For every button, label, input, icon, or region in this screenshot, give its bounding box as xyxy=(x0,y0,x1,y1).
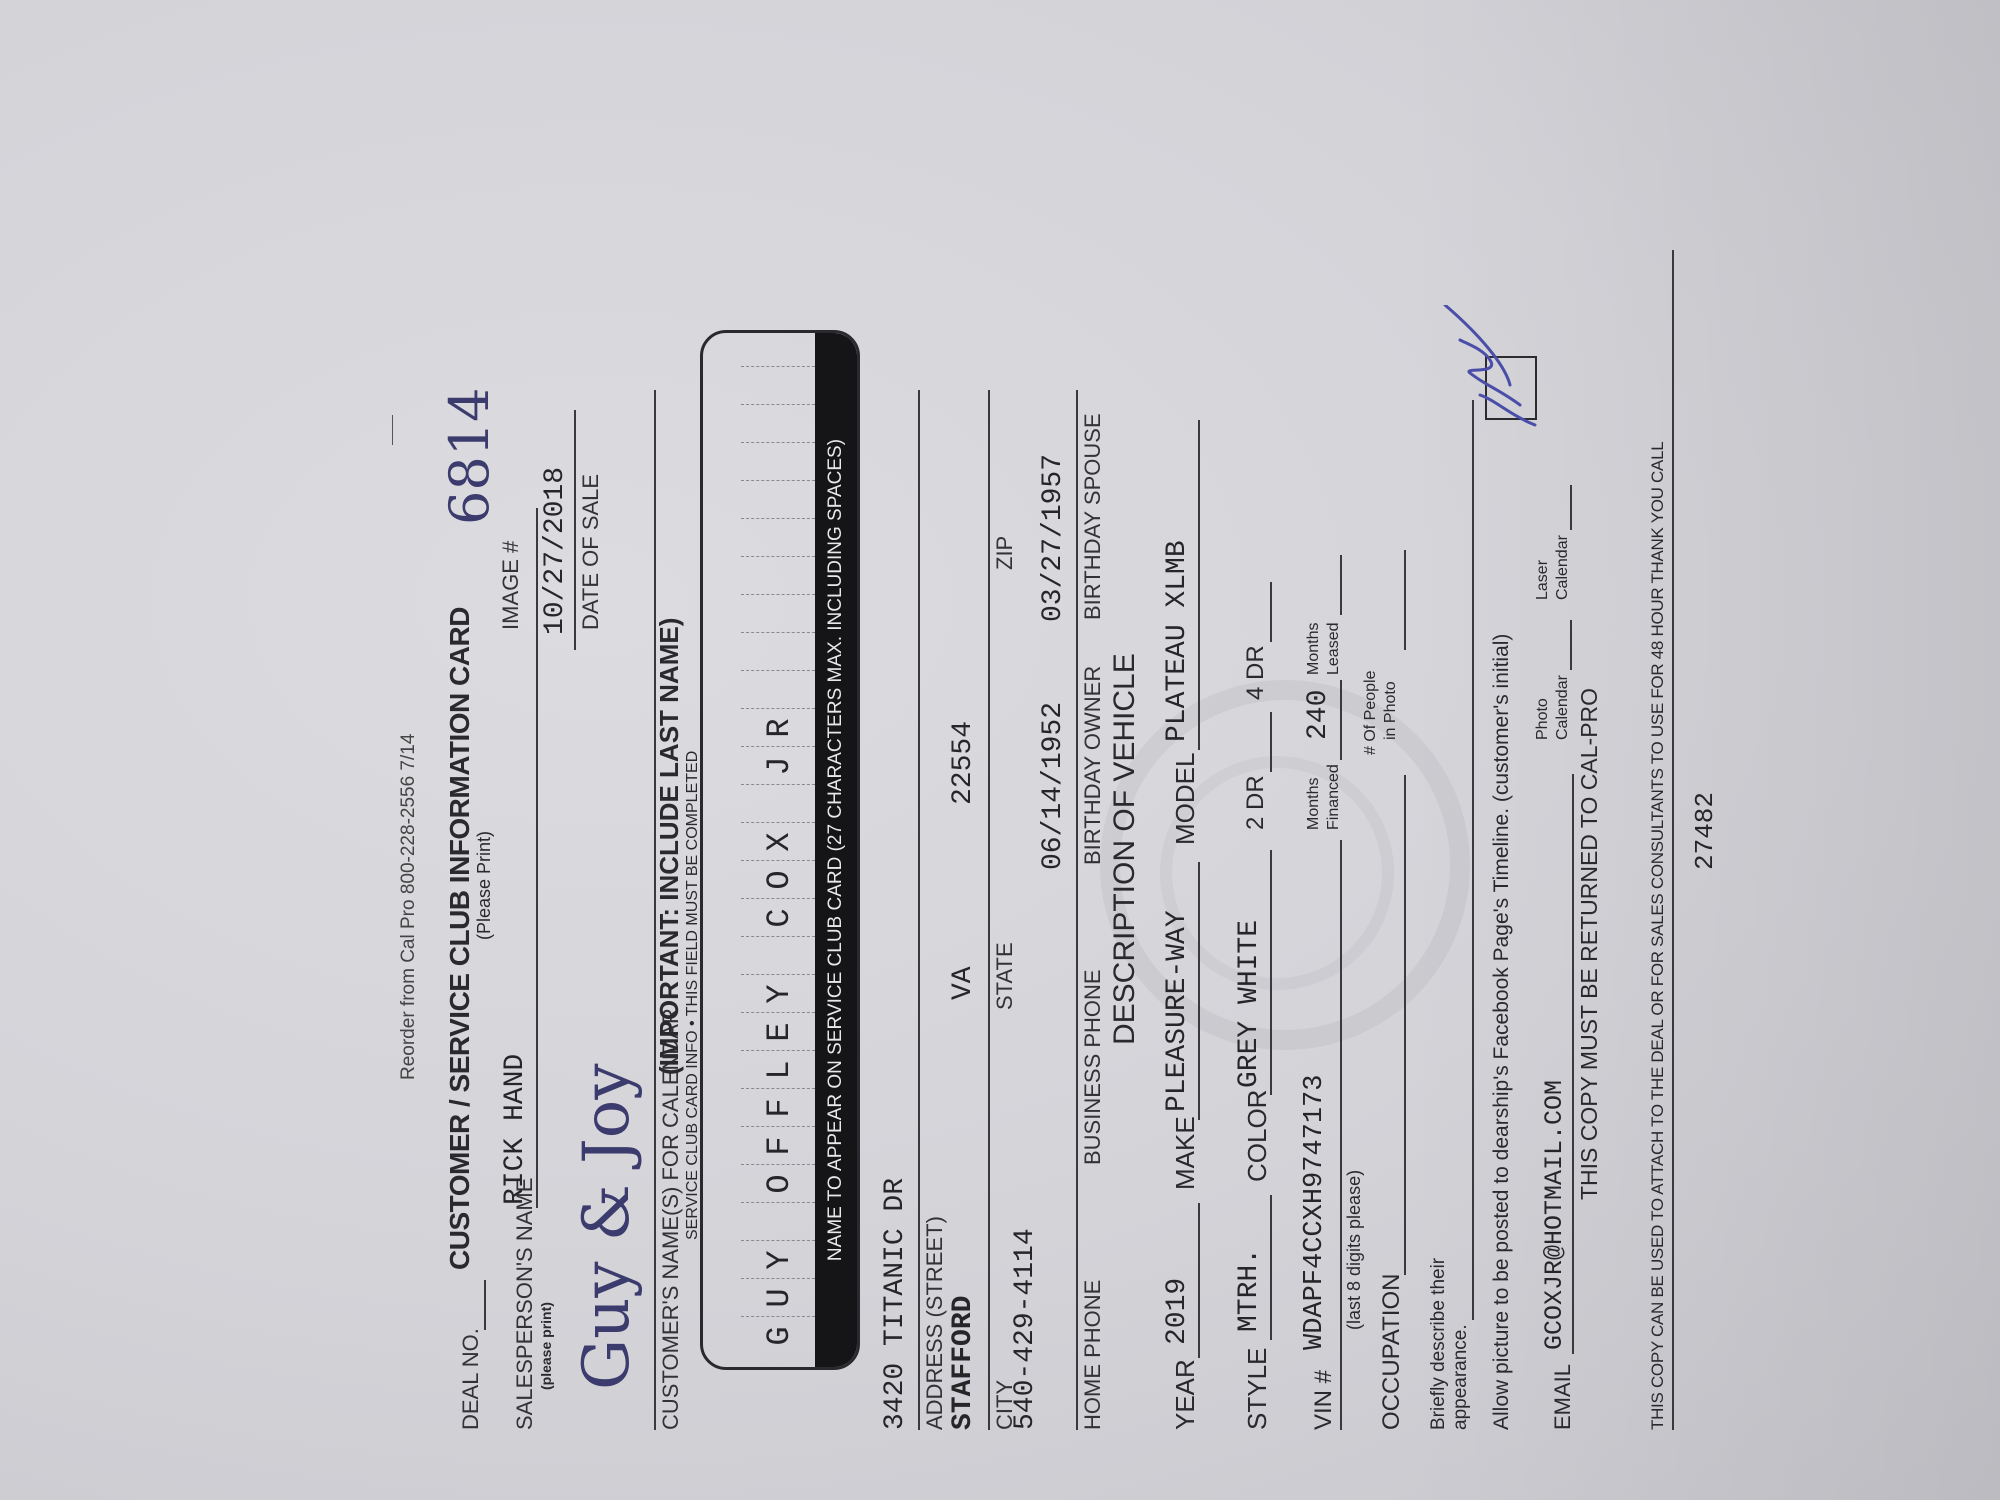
card-name-cell-divider xyxy=(741,594,815,595)
card-name-char[interactable]: G xyxy=(761,1318,798,1354)
style-label: STYLE xyxy=(1242,1348,1273,1430)
business-phone-label: BUSINESS PHONE xyxy=(1080,969,1106,1165)
photo-calendar-label-1: Photo xyxy=(1534,698,1552,740)
birthday-owner-value[interactable]: 06/14/1952 xyxy=(1038,702,1069,870)
card-name-cell-divider xyxy=(741,1050,815,1051)
email-label: EMAIL xyxy=(1550,1364,1576,1430)
months-leased-label-2: Leased xyxy=(1325,623,1343,676)
card-name-cell-divider xyxy=(741,1012,815,1013)
card-name-char[interactable]: F xyxy=(761,1090,798,1126)
two-door-label: 2 DR xyxy=(1242,775,1270,830)
card-name-cell-divider xyxy=(741,404,815,405)
color-label: COLOR xyxy=(1242,1090,1273,1182)
card-name-char[interactable]: R xyxy=(761,710,798,746)
card-name-cell-divider xyxy=(741,974,815,975)
year-value[interactable]: 2019 xyxy=(1162,1278,1193,1345)
card-name-cell-divider xyxy=(741,708,815,709)
model-label: MODEL xyxy=(1170,753,1201,845)
card-name-char[interactable]: O xyxy=(761,862,798,898)
appearance-label-2: appearance. xyxy=(1450,1324,1472,1430)
serial-number: 27482 xyxy=(1690,792,1720,870)
card-name-char[interactable]: C xyxy=(761,900,798,936)
card-name-cell-divider xyxy=(741,746,815,747)
card-name-cell-divider xyxy=(741,1164,815,1165)
months-leased-label-1: Months xyxy=(1305,623,1323,675)
card-name-cell-divider xyxy=(741,556,815,557)
vin-label: VIN # xyxy=(1310,1370,1338,1430)
card-name-char[interactable]: U xyxy=(761,1280,798,1316)
address-value[interactable]: 3420 TITANIC DR xyxy=(880,1178,911,1430)
salesperson-line xyxy=(536,508,538,1208)
service-club-information-card: Reorder from Cal Pro 800-228-2556 7/14 D… xyxy=(400,230,1700,1430)
birthday-spouse-value[interactable]: 03/27/1957 xyxy=(1038,454,1069,622)
card-name-char[interactable]: X xyxy=(761,824,798,860)
card-name-cell-divider xyxy=(741,442,815,443)
four-door-line[interactable] xyxy=(1270,582,1272,642)
card-name-cell-divider xyxy=(741,860,815,861)
model-value[interactable]: PLATEAU XLMB xyxy=(1162,540,1193,742)
photo-calendar-label-2: Calendar xyxy=(1554,675,1572,740)
card-name-cell-divider xyxy=(741,670,815,671)
card-name-cell-divider xyxy=(741,1088,815,1089)
card-name-cells[interactable]: GUYOFFLEYCOXJR xyxy=(703,333,815,1367)
vin-value[interactable]: WDAPF4CCXH9747173 xyxy=(1300,1075,1330,1350)
make-value[interactable]: PLEASURE-WAY xyxy=(1162,910,1193,1112)
laser-calendar-label-1: Laser xyxy=(1534,560,1552,600)
city-state-zip-line xyxy=(988,390,990,1430)
year-label: YEAR xyxy=(1170,1359,1201,1430)
bottom-rule xyxy=(1672,250,1674,1430)
card-name-char[interactable]: E xyxy=(761,1014,798,1050)
card-name-cell-divider xyxy=(741,518,815,519)
people-in-photo-line[interactable] xyxy=(1404,550,1406,650)
people-in-photo-label-2: in Photo xyxy=(1382,681,1400,740)
form-title-sub: (Please Print) xyxy=(474,831,495,940)
calendar-names-value[interactable]: Guy & Joy xyxy=(570,1064,644,1391)
date-of-sale-value[interactable]: 10/27/2018 xyxy=(540,467,571,635)
phones-line xyxy=(1076,390,1078,1430)
card-name-cell-divider xyxy=(741,1126,815,1127)
customer-initial-signature xyxy=(1440,305,1550,445)
card-name-cell-divider xyxy=(741,784,815,785)
people-in-photo-label-1: # Of People xyxy=(1362,671,1380,756)
card-name-cell-divider xyxy=(741,1202,815,1203)
occupation-line[interactable] xyxy=(1404,775,1406,1275)
card-name-cell-divider xyxy=(741,632,815,633)
salesperson-sub: (please print) xyxy=(538,1302,554,1390)
vin-sub: (last 8 digits please) xyxy=(1344,1170,1365,1330)
salesperson-value[interactable]: RICK HAND xyxy=(500,1054,531,1205)
card-name-band: NAME TO APPEAR ON SERVICE CLUB CARD (27 … xyxy=(815,333,857,1367)
zip-value[interactable]: 22554 xyxy=(948,721,979,805)
date-of-sale-line xyxy=(574,410,576,650)
occupation-label: OCCUPATION xyxy=(1378,1274,1406,1430)
image-number-label: IMAGE # xyxy=(498,541,524,630)
card-name-char[interactable]: L xyxy=(761,1052,798,1088)
form-title: CUSTOMER / SERVICE CLUB INFORMATION CARD xyxy=(444,607,476,1270)
calendar-names-important: (IMPORTANT: INCLUDE LAST NAME) xyxy=(654,618,685,1075)
image-number-value: 6814 xyxy=(438,388,501,525)
card-name-cell-divider xyxy=(741,898,815,899)
card-name-char[interactable]: Y xyxy=(761,1242,798,1278)
email-line xyxy=(1572,774,1574,1354)
card-name-cell-divider xyxy=(741,936,815,937)
appearance-line[interactable] xyxy=(1472,400,1474,1320)
color-value[interactable]: GREY WHITE xyxy=(1234,920,1265,1088)
card-name-cell-divider xyxy=(741,1278,815,1279)
make-line xyxy=(1198,862,1200,1120)
appearance-label-1: Briefly describe their xyxy=(1428,1258,1450,1430)
card-name-char[interactable]: O xyxy=(761,1166,798,1202)
image-dash xyxy=(392,415,393,445)
card-name-cell-divider xyxy=(741,1316,815,1317)
facebook-consent-text: Allow picture to be posted to dearship's… xyxy=(1490,634,1514,1430)
state-value[interactable]: VA xyxy=(948,966,979,1000)
card-name-cell-divider xyxy=(741,1240,815,1241)
reorder-line: Reorder from Cal Pro 800-228-2556 7/14 xyxy=(398,734,420,1080)
return-notice: THIS COPY MUST BE RETURNED TO CAL-PRO xyxy=(1576,688,1603,1200)
make-label: MAKE xyxy=(1170,1116,1201,1190)
months-financed-line[interactable] xyxy=(1340,680,1342,760)
address-line xyxy=(918,390,920,1430)
months-financed-label-1: Months xyxy=(1305,778,1323,830)
salesperson-label: SALESPERSON'S NAME xyxy=(512,1178,538,1430)
birthday-owner-label: BIRTHDAY OWNER xyxy=(1080,666,1106,865)
home-phone-value[interactable]: 540-429-4114 xyxy=(1010,1228,1041,1430)
card-name-cell-divider xyxy=(741,366,815,367)
card-name-char[interactable]: J xyxy=(761,748,798,784)
model-line xyxy=(1198,420,1200,750)
months-leased-line[interactable] xyxy=(1340,555,1342,615)
home-phone-label: HOME PHONE xyxy=(1080,1280,1106,1430)
laser-calendar-line[interactable] xyxy=(1570,485,1572,530)
email-value[interactable]: GCOXJR@HOTMAIL.COM xyxy=(1540,1080,1569,1350)
style-line xyxy=(1270,1195,1272,1340)
zip-label: ZIP xyxy=(992,536,1018,570)
birthday-spouse-label: BIRTHDAY SPOUSE xyxy=(1080,413,1106,620)
address-label: ADDRESS (STREET) xyxy=(922,1216,948,1430)
deal-no-label: DEAL NO. xyxy=(458,1328,484,1430)
color-line xyxy=(1270,850,1272,1095)
city-value[interactable]: STAFFORD xyxy=(948,1296,979,1430)
deal-no-line xyxy=(484,1280,486,1330)
months-leased-value[interactable]: 240 xyxy=(1303,690,1334,740)
months-financed-label-2: Financed xyxy=(1325,764,1343,830)
state-label: STATE xyxy=(992,942,1018,1010)
date-of-sale-label: DATE OF SALE xyxy=(578,474,604,630)
style-value[interactable]: MTRH. xyxy=(1234,1248,1265,1332)
laser-calendar-label-2: Calendar xyxy=(1554,535,1572,600)
card-name-char[interactable]: F xyxy=(761,1128,798,1164)
year-line xyxy=(1198,1203,1200,1358)
card-name-cell-divider xyxy=(741,822,815,823)
card-name-cell-divider xyxy=(741,480,815,481)
four-door-label: 4 DR xyxy=(1242,645,1270,700)
vin-line xyxy=(1340,840,1342,1430)
photo-calendar-line[interactable] xyxy=(1570,620,1572,670)
card-name-char[interactable]: Y xyxy=(761,976,798,1012)
attach-notice: THIS COPY CAN BE USED TO ATTACH TO THE D… xyxy=(1648,442,1668,1430)
two-door-line[interactable] xyxy=(1270,712,1272,772)
service-club-card-name-box: GUYOFFLEYCOXJR NAME TO APPEAR ON SERVICE… xyxy=(700,330,860,1370)
vehicle-heading: DESCRIPTION OF VEHICLE xyxy=(1108,653,1142,1045)
